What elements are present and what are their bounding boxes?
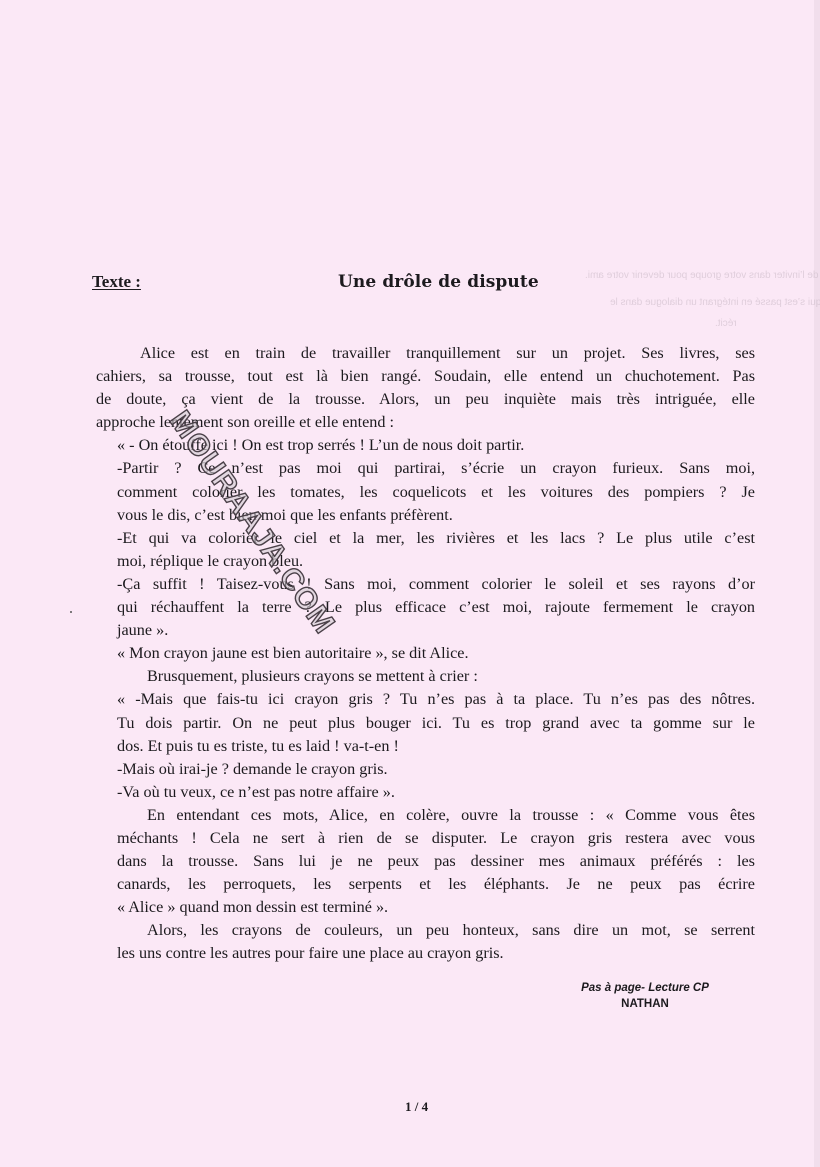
text-line: méchants ! Cela ne sert à rien de se dis…: [117, 827, 755, 850]
text-line: En entendant ces mots, Alice, en colère,…: [117, 804, 755, 827]
source-title: Pas à page- Lecture CP: [560, 980, 730, 996]
text-line: qui réchauffent la terre ? Le plus effic…: [117, 596, 755, 619]
story-text: Alice est en train de travailler tranqui…: [117, 342, 755, 966]
text-line: Alice est en train de travailler tranqui…: [114, 342, 755, 365]
text-line: -Ça suffit ! Taisez-vous ! Sans moi, com…: [117, 573, 755, 596]
text-label: Texte :: [92, 272, 141, 292]
text-line: « Mon crayon jaune est bien autoritaire …: [117, 642, 755, 665]
text-line: dans la trousse. Sans lui je ne peux pas…: [117, 850, 755, 873]
page-number: 1 / 4: [405, 1099, 428, 1115]
bleed-through-text: Racontez, en huit phrases au moins, ce q…: [610, 297, 820, 308]
text-line: canards, les perroquets, les serpents et…: [117, 873, 755, 896]
text-line: vous le dis, c’est bien moi que les enfa…: [117, 504, 755, 527]
bleed-through-text: récit.: [715, 318, 737, 329]
text-line: Brusquement, plusieurs crayons se metten…: [117, 665, 755, 688]
text-line: les uns contre les autres pour faire une…: [117, 942, 755, 965]
text-line: Tu dois partir. On ne peut plus bouger i…: [117, 712, 755, 735]
text-line: de doute, ça vient de la trousse. Alors,…: [96, 388, 755, 411]
text-line: « -Mais que fais-tu ici crayon gris ? Tu…: [117, 688, 755, 711]
text-line: -Et qui va colorier le ciel et la mer, l…: [117, 527, 755, 550]
text-line: -Va où tu veux, ce n’est pas notre affai…: [117, 781, 755, 804]
text-line: moi, réplique le crayon bleu.: [117, 550, 755, 573]
text-line: dos. Et puis tu es triste, tu es laid ! …: [117, 735, 755, 758]
text-line: Alors, les crayons de couleurs, un peu h…: [117, 919, 755, 942]
source-citation: Pas à page- Lecture CP NATHAN: [560, 980, 730, 1012]
text-line: cahiers, sa trousse, tout est là bien ra…: [96, 365, 755, 388]
text-line: -Mais où irai-je ? demande le crayon gri…: [117, 758, 755, 781]
page-edge: [814, 0, 820, 1167]
source-publisher: NATHAN: [560, 996, 730, 1012]
text-line: « Alice » quand mon dessin est terminé »…: [117, 896, 755, 919]
text-header: Texte : Une drôle de dispute: [92, 272, 752, 296]
text-line: jaune ».: [117, 619, 755, 642]
document-page: Toujours seul. Vous avez décidé de l’aid…: [0, 0, 820, 1167]
text-title: Une drôle de dispute: [338, 272, 539, 292]
scan-speck: [70, 611, 72, 613]
